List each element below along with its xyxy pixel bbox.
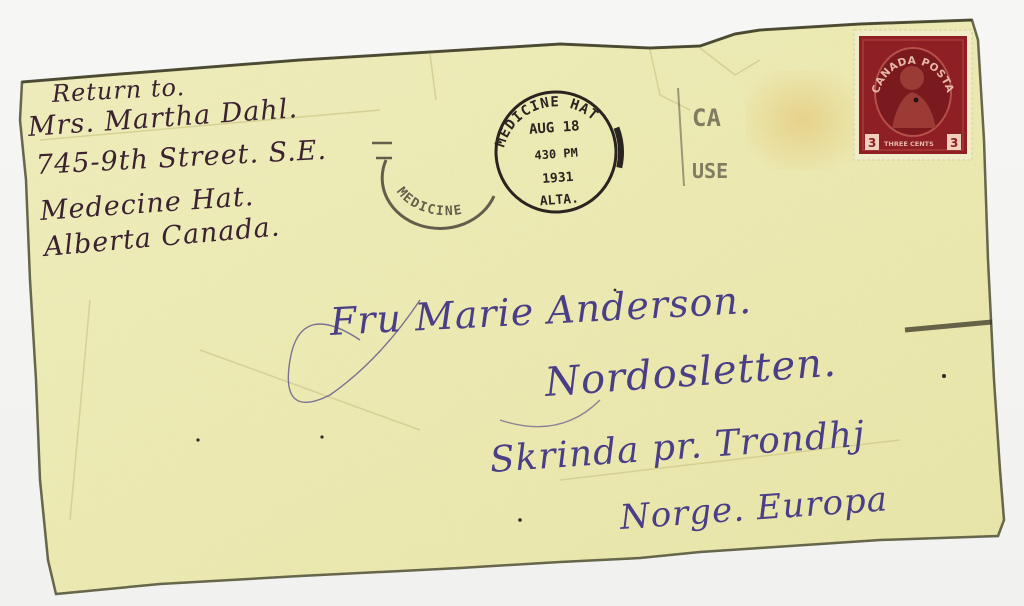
svg-text:ALTA.: ALTA. (539, 192, 579, 210)
envelope-photo-scene: CA USE CANADA POSTAGE 3 3 THREE CENTS (0, 0, 1024, 606)
svg-text:3: 3 (950, 136, 958, 150)
svg-text:3: 3 (868, 136, 876, 150)
svg-text:1931: 1931 (542, 170, 574, 187)
paper-stain (745, 70, 860, 170)
svg-text:CA: CA (692, 104, 721, 132)
svg-text:USE: USE (692, 159, 728, 183)
svg-text:THREE CENTS: THREE CENTS (884, 140, 934, 148)
